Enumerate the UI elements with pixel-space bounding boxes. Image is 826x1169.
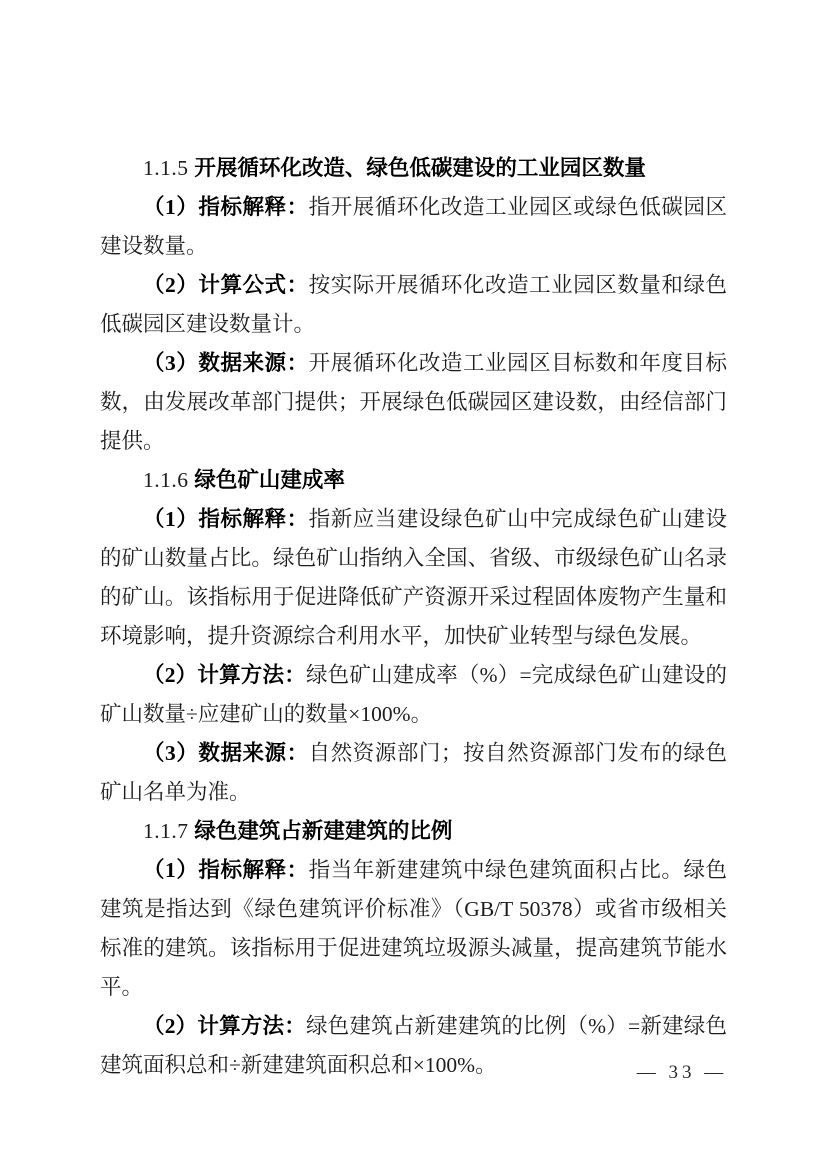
section-heading-1-1-7: 1.1.7 绿色建筑占新建建筑的比例 — [100, 812, 727, 851]
paragraph-label: （2）计算公式： — [143, 273, 309, 297]
section-heading-1-1-6: 1.1.6 绿色矿山建成率 — [100, 461, 727, 500]
section-number: 1.1.7 — [143, 819, 194, 843]
section-title: 绿色建筑占新建建筑的比例 — [194, 819, 452, 843]
section-heading-1-1-5: 1.1.5 开展循环化改造、绿色低碳建设的工业园区数量 — [100, 149, 727, 188]
paragraph-label: （1）指标解释： — [143, 507, 309, 531]
paragraph-indicator-explanation: （1）指标解释：指开展循环化改造工业园区或绿色低碳园区建设数量。 — [100, 188, 727, 266]
paragraph-label: （2）计算方法： — [143, 1014, 306, 1038]
paragraph-calculation-method: （2）计算方法：绿色矿山建成率（%）=完成绿色矿山建设的矿山数量÷应建矿山的数量… — [100, 656, 727, 734]
paragraph-calculation-formula: （2）计算公式：按实际开展循环化改造工业园区数量和绿色低碳园区建设数量计。 — [100, 266, 727, 344]
paragraph-label: （3）数据来源： — [143, 741, 309, 765]
paragraph-label: （1）指标解释： — [143, 858, 309, 882]
document-page: 1.1.5 开展循环化改造、绿色低碳建设的工业园区数量 （1）指标解释：指开展循… — [0, 0, 826, 1169]
section-title: 绿色矿山建成率 — [194, 468, 345, 492]
document-content: 1.1.5 开展循环化改造、绿色低碳建设的工业园区数量 （1）指标解释：指开展循… — [100, 149, 727, 1085]
paragraph-data-source: （3）数据来源：自然资源部门；按自然资源部门发布的绿色矿山名单为准。 — [100, 734, 727, 812]
paragraph-indicator-explanation: （1）指标解释：指当年新建建筑中绿色建筑面积占比。绿色建筑是指达到《绿色建筑评价… — [100, 851, 727, 1007]
section-number: 1.1.6 — [143, 468, 194, 492]
paragraph-label: （3）数据来源： — [143, 351, 309, 375]
paragraph-data-source: （3）数据来源：开展循环化改造工业园区目标数和年度目标数，由发展改革部门提供；开… — [100, 344, 727, 461]
page-number: — 33 — — [612, 1058, 752, 1088]
section-number: 1.1.5 — [143, 156, 194, 180]
paragraph-indicator-explanation: （1）指标解释：指新应当建设绿色矿山中完成绿色矿山建设的矿山数量占比。绿色矿山指… — [100, 500, 727, 656]
paragraph-label: （1）指标解释： — [143, 195, 309, 219]
paragraph-label: （2）计算方法： — [143, 663, 306, 687]
section-title: 开展循环化改造、绿色低碳建设的工业园区数量 — [194, 156, 646, 180]
